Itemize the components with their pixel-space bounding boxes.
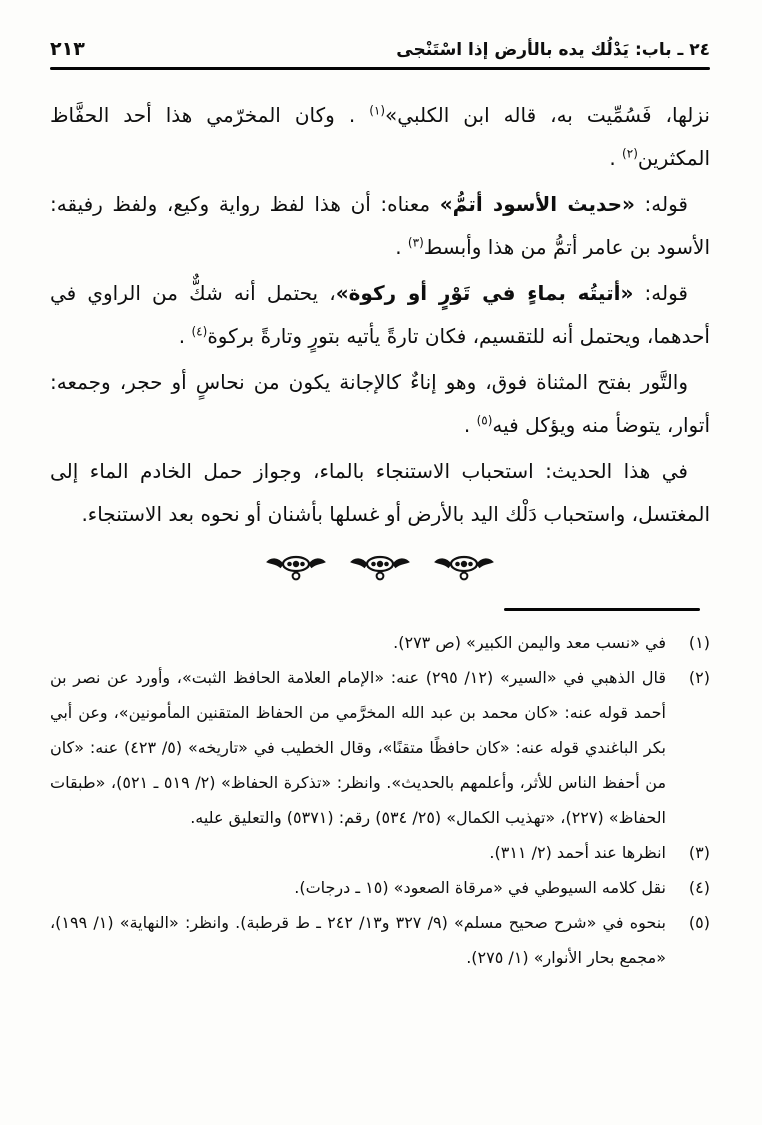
footnote-text: بنحوه في «شرح صحيح مسلم» (٩/ ٣٢٧ و١٣/ ٢٤… [50,905,666,975]
body-paragraph: والتَّور بفتح المثناة فوق، وهو إناءٌ كال… [50,361,710,447]
page-header: ٢٤ ـ باب: يَدْلُك يده بالأرض إذا اسْتَنْ… [50,38,710,60]
footnote-item: (٤)نقل كلامه السيوطي في «مرقاة الصعود» (… [50,870,710,905]
footnote-ref: (٢) [622,146,638,160]
floral-ornament-icon [348,554,412,582]
floral-ornament-icon [432,554,496,582]
footnote-item: (١)في «نسب معد واليمن الكبير» (ص ٢٧٣). [50,625,710,660]
book-page: ٢٤ ـ باب: يَدْلُك يده بالأرض إذا اسْتَنْ… [0,0,762,1125]
footnote-marker: (٥) [666,905,710,975]
body-paragraph: في هذا الحديث: استحباب الاستنجاء بالماء،… [50,450,710,536]
body-paragraph: نزلها، فَسُمِّيت به، قاله ابن الكلبي»(١)… [50,94,710,180]
footnote-text: انظرها عند أحمد (٢/ ٣١١). [50,835,666,870]
footnote-separator [504,608,700,611]
body-paragraph: قوله: «أتيتُه بماءٍ في تَوْرٍ أو ركوة»، … [50,272,710,358]
footnote-text: في «نسب معد واليمن الكبير» (ص ٢٧٣). [50,625,666,660]
footnote-marker: (٣) [666,835,710,870]
footnote-marker: (٤) [666,870,710,905]
footnote-text: قال الذهبي في «السير» (١٢/ ٢٩٥) عنه: «ال… [50,660,666,835]
header-rule [50,67,710,70]
footnote-marker: (١) [666,625,710,660]
footnote-ref: (٥) [477,413,493,427]
footnote-marker: (٢) [666,660,710,835]
section-divider [50,554,710,582]
page-number: ٢١٣ [50,38,85,60]
body-paragraphs: نزلها، فَسُمِّيت به، قاله ابن الكلبي»(١)… [50,94,710,536]
footnote-ref: (٤) [191,324,207,338]
footnote-item: (٥)بنحوه في «شرح صحيح مسلم» (٩/ ٣٢٧ و١٣/… [50,905,710,975]
footnotes-list: (١)في «نسب معد واليمن الكبير» (ص ٢٧٣).(٢… [50,625,710,975]
footnote-item: (٣)انظرها عند أحمد (٢/ ٣١١). [50,835,710,870]
footnote-item: (٢)قال الذهبي في «السير» (١٢/ ٢٩٥) عنه: … [50,660,710,835]
body-paragraph: قوله: «حديث الأسود أتمُّ» معناه: أن هذا … [50,183,710,269]
footnote-ref: (٣) [408,235,424,249]
footnote-text: نقل كلامه السيوطي في «مرقاة الصعود» (١٥ … [50,870,666,905]
floral-ornament-icon [264,554,328,582]
footnote-ref: (١) [369,103,385,117]
chapter-title: ٢٤ ـ باب: يَدْلُك يده بالأرض إذا اسْتَنْ… [396,40,710,60]
